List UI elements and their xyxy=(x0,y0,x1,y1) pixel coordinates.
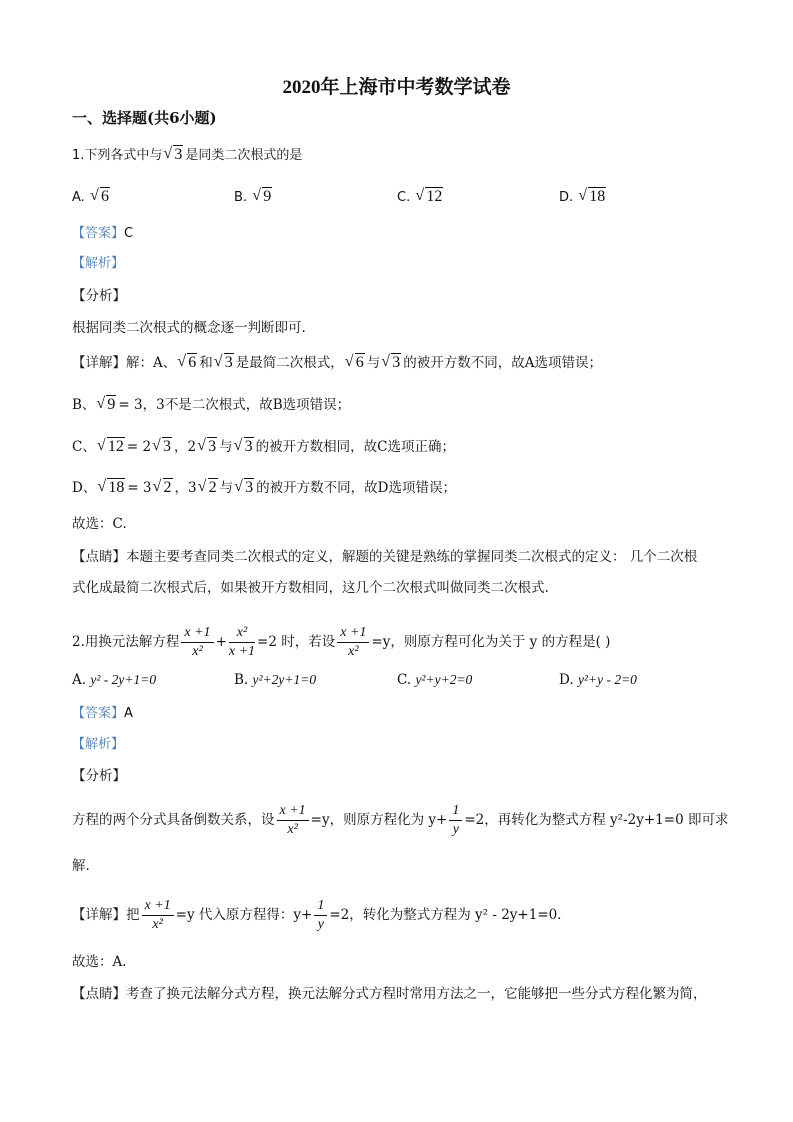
q1-option-a: A. 6 xyxy=(72,188,112,206)
q1-fenxi-text: 根据同类二次根式的概念逐一判断即可. xyxy=(72,318,306,338)
section-heading: 一、选择题(共6小题) xyxy=(72,108,217,128)
q2-conclusion: 故选：A. xyxy=(72,952,127,972)
q1-answer: 【答案】C xyxy=(72,223,133,244)
q1-dianjing-1: 【点睛】本题主要考查同类二次根式的定义，解题的关键是熟练的掌握同类二次根式的定义… xyxy=(72,547,697,567)
q2-option-c: C. y²+y+2=0 xyxy=(397,672,472,688)
q2-option-a: A. y² - 2y+1=0 xyxy=(72,672,156,688)
q1-option-d: D. 18 xyxy=(559,188,608,206)
q2-answer: 【答案】A xyxy=(72,703,133,724)
q2-option-b: B. y²+2y+1=0 xyxy=(234,672,316,688)
radical: 3 xyxy=(164,145,183,165)
q1-option-c: C. 12 xyxy=(397,188,445,206)
q2-fenxi-text-cont: 解. xyxy=(72,856,90,876)
q1-dianjing-2: 式化成最简二次根式后，如果被开方数相同，这几个二次根式叫做同类二次根式. xyxy=(72,578,549,598)
q1-option-b: B. 9 xyxy=(234,188,274,206)
question-2-stem: 2.用换元法解方程x +1x²+x²x +1=2 时，若设x +1x²=y，则原… xyxy=(72,620,610,664)
q2-dianjing-1: 【点睛】考查了换元法解分式方程，换元法解分式方程时常用方法之一，它能够把一些分式… xyxy=(72,984,707,1004)
q2-jiexi-label: 【解析】 xyxy=(72,735,124,755)
q2-fenxi-text: 方程的两个分式具备倒数关系，设x +1x²=y，则原方程化为 y+1y=2，再转… xyxy=(72,798,728,842)
question-1-stem: 1.下列各式中与3是同类二次根式的是 xyxy=(72,145,302,166)
page-title: 2020年上海市中考数学试卷 xyxy=(0,72,793,99)
q2-option-d: D. y²+y - 2=0 xyxy=(559,672,637,688)
q1-conclusion: 故选：C. xyxy=(72,514,127,534)
q1-detail-b: B、9= 3，3不是二次根式，故B选项错误； xyxy=(72,395,350,415)
q1-jiexi-label: 【解析】 xyxy=(72,254,124,274)
q1-detail-c: C、12= 23，23与3的被开方数相同，故C选项正确； xyxy=(72,437,455,457)
exam-page: 2020年上海市中考数学试卷 一、选择题(共6小题) 1.下列各式中与3是同类二… xyxy=(0,0,793,1122)
q1-detail-a: 【详解】解：A、6和3是最简二次根式，6与3的被开方数不同，故A选项错误； xyxy=(72,353,602,373)
q1-fenxi-label: 【分析】 xyxy=(72,286,126,306)
q1-detail-d: D、18= 32，32与3的被开方数不同，故D选项错误； xyxy=(72,478,456,498)
q2-detail: 【详解】把x +1x²=y 代入原方程得：y+1y=2，转化为整式方程为 y² … xyxy=(72,893,571,937)
q2-fenxi-label: 【分析】 xyxy=(72,766,126,786)
